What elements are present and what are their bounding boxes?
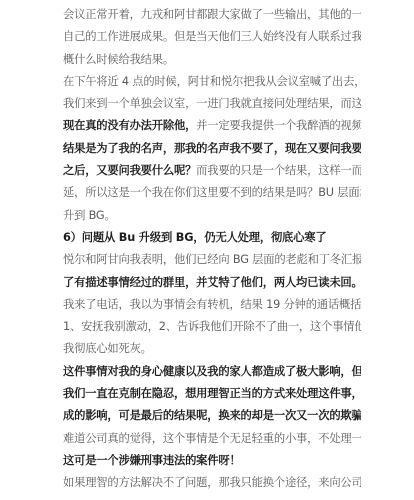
paragraph-line: 会议正常开着，九戎和阿甘都跟大家做了一些输出，其他的一些同学也分享了一些 [63, 4, 361, 26]
paragraph-line: 悦尔和阿甘向我表明，他们已经向 BG 层面的老彪和丁冬汇报过了，我将他俩拉进 [63, 249, 361, 271]
paragraph-line: 我们来到一个单独会议室，一进门我就直接问处理结果，而这个时候悦尔说，我们 [63, 93, 361, 115]
paragraph-line: 这可是一个涉嫌刑事违法的案件呀！ [63, 450, 361, 472]
emphasis-text: 我们一直在克制在隐忍，想用理智正当的方式来处理这件事，尽可能减少对公司造 [63, 387, 361, 400]
paragraph-line: 了有描述事情经过的群里，并艾特了他们，两人均已读未回。在 5 点 58 分丁冬给 [63, 272, 361, 294]
emphasis-text: 之后，又要问我要什么呢？ [63, 164, 196, 177]
text-segment: 我们来到一个单独会议室，一进门我就直接问处理结果，而这个时候悦尔说， [63, 97, 361, 110]
paragraph-line: 升到 BG。 [63, 205, 361, 227]
emphasis-text: 这可是一个涉嫌刑事违法的案件呀！ [63, 454, 241, 467]
text-segment: 在下午将近 4 点的时候，阿甘和悦尔把我从会议室喊了出去，说要沟通一下，随即 [63, 75, 361, 88]
text-segment: 悦尔和阿甘向我表明，他们已经向 BG 层面的老彪和丁冬汇报过了， [63, 253, 361, 266]
paragraph-line: 之后，又要问我要什么呢？而我要的只是一个结果，这样一而再再而三的变卦和拖 [63, 160, 361, 182]
text-segment: 我彻底心如死灰。 [63, 342, 152, 355]
paragraph-line: 现在真的没有办法开除他，并一定要我提供一个我醉酒的视频。前一天说不能给我 [63, 115, 361, 137]
article-body: 会议正常开着，九戎和阿甘都跟大家做了一些输出，其他的一些同学也分享了一些 自己的… [63, 4, 361, 495]
text-segment: 会议正常开着，九戎和阿甘都跟大家做了一些输出，其他的一些同学也分享了一些 [63, 8, 361, 21]
text-segment: 自己的工作进展成果。但是当天他们三人始终没有人联系过我，告知我这个事情大 [63, 30, 361, 43]
section-heading: 6）问题从 Bu 升级到 BG，仍无人处理，彻底心寒了 [63, 227, 361, 249]
emphasis-text: 结果是为了我的名声，那我的名声我不要了，现在又要问我要视频，请问视频给了 [63, 142, 361, 155]
paragraph-line: 在下午将近 4 点的时候，阿甘和悦尔把我从会议室喊了出去，说要沟通一下，随即 [63, 71, 361, 93]
text-segment: 而我要的只是一个结果，这样一而再再而三的变卦和拖 [196, 164, 361, 177]
text-segment: 升到 BG。 [63, 209, 116, 222]
emphasis-text: 成的影响，可是最后的结果呢，换来的却是一次又一次的欺骗和敷衍。 [63, 409, 361, 422]
text-segment: 如果理智的方法解决不了问题，那我只能换个途径，来向公司拿到该拿的结果了。 [63, 476, 361, 489]
paragraph-line: 我彻底心如死灰。 [63, 338, 361, 360]
paragraph-line: 1、安抚我别激动，2、告诉我他们开除不了曲一，这个事情他们处理不了。至此， [63, 316, 361, 338]
text-segment: 难道公司真的觉得，这个事情是个无足轻重的小事，不处理一直拖着也没关系吗？ [63, 432, 361, 445]
emphasis-text: 现在真的没有办法开除他， [63, 119, 196, 132]
paragraph-line: 如果理智的方法解决不了问题，那我只能换个途径，来向公司拿到该拿的结果了。 [63, 472, 361, 494]
text-segment: 我来了电话，我以为事情会有转机，结果 19 分钟的通话概括起来就告诉我 2 件事… [63, 298, 361, 311]
text-segment: 延，所以这是一个我在你们这里要不到的结果是吗？BU 层面沟通无果，我决定上 [63, 186, 361, 199]
paragraph-line: 我们一直在克制在隐忍，想用理智正当的方式来处理这件事，尽可能减少对公司造 [63, 383, 361, 405]
text-segment: 1、安抚我别激动，2、告诉我他们开除不了曲一，这个事情他们处理不了。至此， [63, 320, 361, 333]
paragraph-line: 成的影响，可是最后的结果呢，换来的却是一次又一次的欺骗和敷衍。 [63, 405, 361, 427]
paragraph-line: 延，所以这是一个我在你们这里要不到的结果是吗？BU 层面沟通无果，我决定上 [63, 182, 361, 204]
paragraph-line: 概什么时候给我结果。 [63, 49, 361, 71]
emphasis-text: 这件事情对我的身心健康以及我的家人都造成了极大影响，但是在事情发生之后， [63, 365, 361, 378]
text-segment: 并一定要我提供一个我醉酒的视频。 [196, 119, 361, 132]
emphasis-text: 了有描述事情经过的群里，并艾特了他们，两人均已读未回。 [63, 276, 361, 289]
paragraph-line: 难道公司真的觉得，这个事情是个无足轻重的小事，不处理一直拖着也没关系吗？ [63, 428, 361, 450]
text-segment: 概什么时候给我结果。 [63, 53, 174, 66]
paragraph-line: 这件事情对我的身心健康以及我的家人都造成了极大影响，但是在事情发生之后， [63, 361, 361, 383]
paragraph-line: 我来了电话，我以为事情会有转机，结果 19 分钟的通话概括起来就告诉我 2 件事… [63, 294, 361, 316]
paragraph-line: 结果是为了我的名声，那我的名声我不要了，现在又要问我要视频，请问视频给了 [63, 138, 361, 160]
paragraph-line: 自己的工作进展成果。但是当天他们三人始终没有人联系过我，告知我这个事情大 [63, 26, 361, 48]
